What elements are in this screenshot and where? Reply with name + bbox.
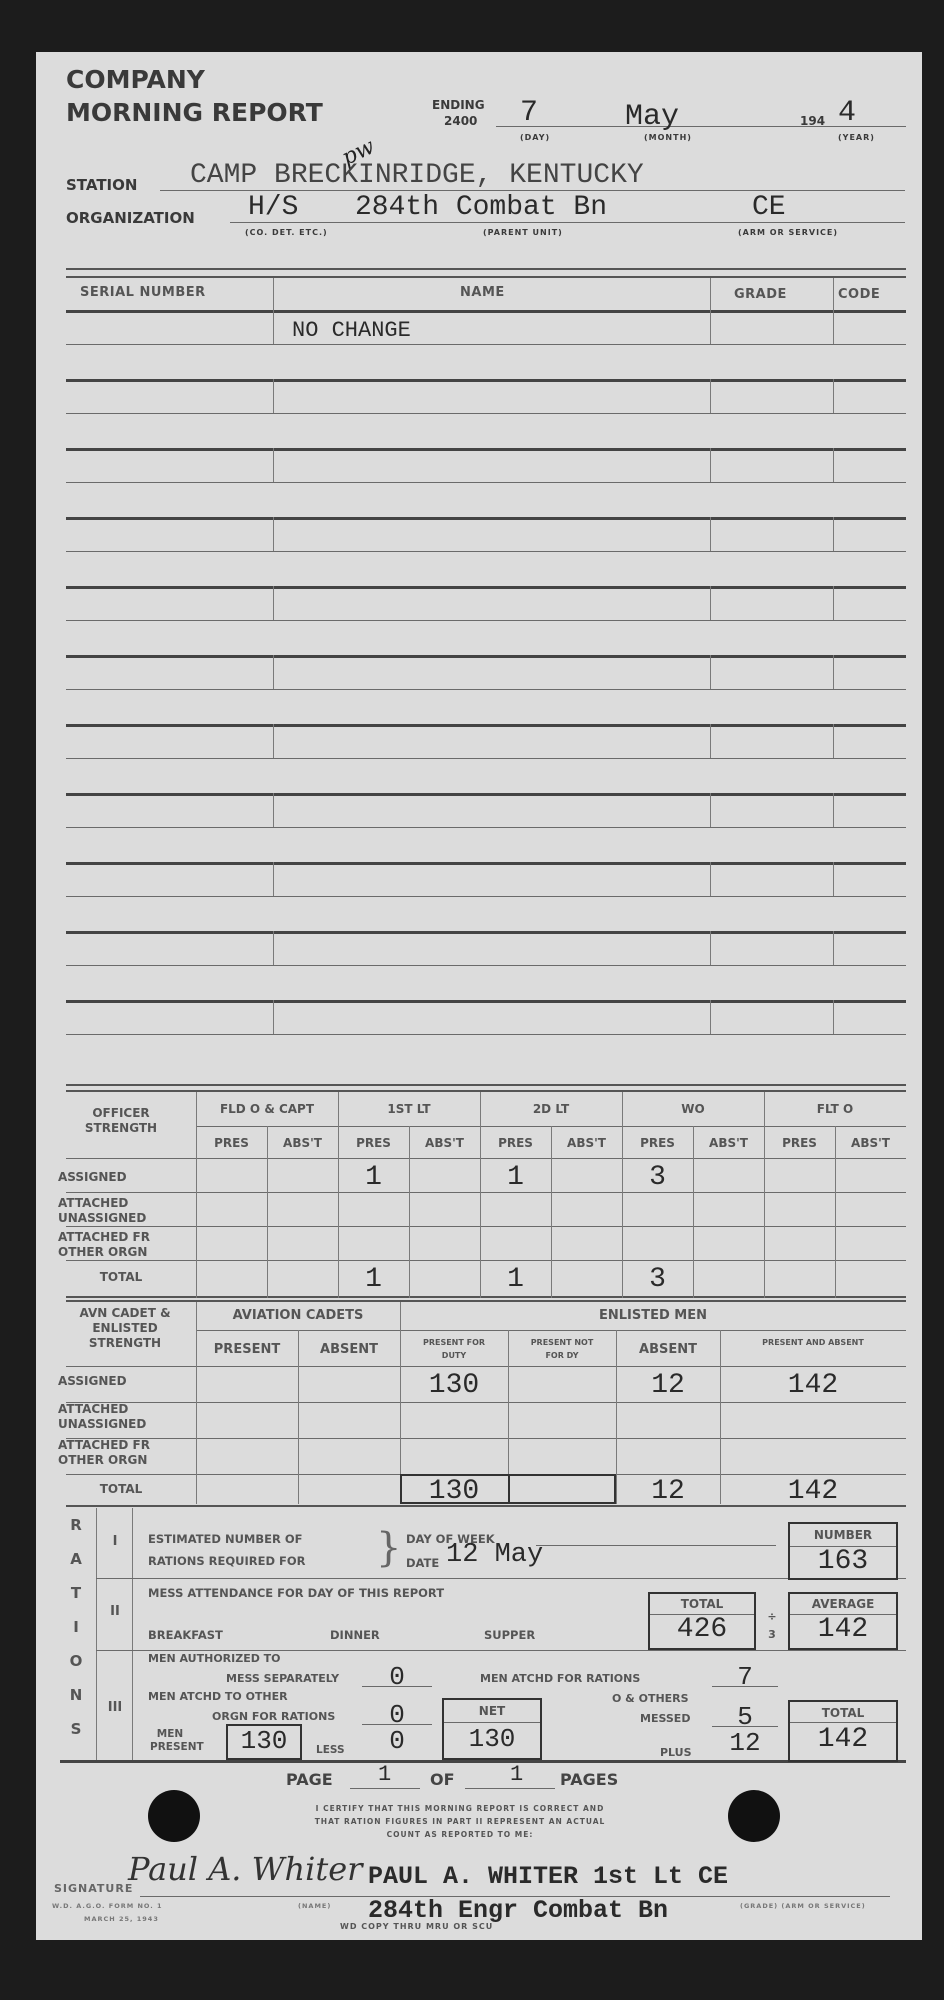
col-divider: [710, 655, 711, 689]
parent-unit-caption: (PARENT UNIT): [483, 228, 563, 237]
officer-row-label: ASSIGNED: [58, 1170, 168, 1185]
col-divider: [710, 586, 711, 620]
rations-required-label: RATIONS REQUIRED FOR: [148, 1554, 306, 1568]
rations-side-letter: A: [66, 1550, 86, 1568]
officer-group-header: 2D LT: [480, 1102, 622, 1116]
officer-row-label: ATTACHED FR OTHER ORGN: [58, 1230, 168, 1260]
organization-company: H/S: [248, 192, 298, 223]
page-number: 1: [378, 1762, 391, 1787]
col-divider: [273, 310, 274, 344]
col-divider: [710, 862, 711, 896]
col-divider: [833, 793, 834, 827]
year-prefix: 194: [800, 114, 825, 128]
rations-side-letter: T: [66, 1584, 86, 1602]
enlisted-col-header: ABSENT: [298, 1342, 400, 1358]
col-divider: [693, 1126, 694, 1298]
mess-total-value: 426: [648, 1614, 756, 1645]
roster-row-line: [66, 586, 906, 589]
rule: [60, 1760, 906, 1763]
atchd-other-label: ORGN FOR RATIONS: [212, 1710, 335, 1723]
officers-messed-label: O & OTHERS: [612, 1692, 689, 1705]
average-label: AVERAGE: [788, 1597, 898, 1611]
officer-group-header: WO: [622, 1102, 764, 1116]
enlisted-col-header: PRESENT: [196, 1342, 298, 1358]
col-divider: [273, 517, 274, 551]
rule: [350, 1788, 420, 1789]
enlisted-men-header: ENLISTED MEN: [400, 1308, 906, 1323]
enlisted-cell: 130: [400, 1370, 508, 1401]
col-divider: [833, 931, 834, 965]
col-divider: [710, 931, 711, 965]
officer-subcol-header: PRES: [622, 1136, 693, 1150]
rule: [66, 268, 906, 270]
form-date: MARCH 25, 1943: [84, 1915, 159, 1923]
col-divider: [833, 724, 834, 758]
mess-separately-label: MEN AUTHORIZED TO: [148, 1652, 281, 1665]
roster-row-line: [66, 655, 906, 658]
certify-line: COUNT AS REPORTED TO ME:: [260, 1828, 660, 1841]
atchd-for-rations-label: MEN ATCHD FOR RATIONS: [480, 1672, 640, 1685]
certify-line: I CERTIFY THAT THIS MORNING REPORT IS CO…: [260, 1802, 660, 1815]
col-divider: [710, 310, 711, 344]
enlisted-cell: 12: [616, 1476, 720, 1507]
col-serial-number: SERIAL NUMBER: [80, 285, 206, 300]
col-divider: [551, 1126, 552, 1298]
enlisted-col-header: PRESENT FOR DUTY: [400, 1336, 508, 1362]
col-divider: [764, 1092, 765, 1298]
roster-row-line: [66, 482, 906, 483]
rule: [96, 1578, 906, 1579]
col-divider: [196, 1092, 197, 1298]
name-caption: (NAME): [298, 1902, 331, 1910]
year-caption: (YEAR): [838, 133, 875, 142]
rations-side-letter: S: [66, 1720, 86, 1738]
enlisted-col-header: PRESENT NOT FOR DY: [508, 1336, 616, 1362]
plus-label: PLUS: [660, 1746, 692, 1759]
officer-strength-title: OFFICER STRENGTH: [66, 1106, 176, 1136]
enlisted-col-header: ABSENT: [616, 1342, 720, 1358]
atchd-for-rations-value: 7: [712, 1662, 778, 1692]
col-divider: [273, 724, 274, 758]
report-year-digit: 4: [838, 96, 856, 130]
officer-group-header: FLD O & CAPT: [196, 1102, 338, 1116]
rations-total-label: TOTAL: [788, 1706, 898, 1720]
organization-parent-unit: 284th Combat Bn: [355, 192, 607, 223]
rule: [66, 1226, 906, 1227]
rule: [66, 1402, 906, 1403]
mess-attendance-title: MESS ATTENDANCE FOR DAY OF THIS REPORT: [148, 1586, 444, 1600]
officer-subcol-header: PRES: [338, 1136, 409, 1150]
roster-row-line: [66, 689, 906, 690]
brace-icon: }: [376, 1526, 401, 1570]
rule: [465, 1788, 555, 1789]
enlisted-cell: 12: [616, 1370, 720, 1401]
officer-subcol-header: ABS'T: [409, 1136, 480, 1150]
col-divider: [710, 448, 711, 482]
part-ii-numeral: II: [100, 1604, 130, 1619]
day-of-week-field: [536, 1545, 776, 1546]
men-present-value: 130: [226, 1726, 302, 1756]
officer-subcol-header: ABS'T: [835, 1136, 906, 1150]
officer-cell: 1: [480, 1264, 551, 1295]
plus-value: 12: [712, 1728, 778, 1758]
number-label: NUMBER: [788, 1528, 898, 1542]
col-divider: [273, 862, 274, 896]
rule: [66, 1090, 906, 1092]
aviation-cadets-header: AVIATION CADETS: [196, 1308, 400, 1323]
roster-row-line: [66, 344, 906, 345]
enlisted-row-label: TOTAL: [66, 1482, 176, 1497]
roster-row-line: [66, 827, 906, 828]
roster-row-line: [66, 517, 906, 520]
roster-row-line: [66, 1000, 906, 1003]
atchd-other-label: MEN ATCHD TO OTHER: [148, 1690, 288, 1703]
dinner-label: DINNER: [330, 1628, 380, 1642]
officer-cell: 1: [338, 1162, 409, 1193]
date-label: DATE: [406, 1556, 439, 1570]
col-divider: [273, 278, 274, 310]
breakfast-label: BREAKFAST: [148, 1628, 223, 1642]
rule: [66, 1296, 906, 1298]
rations-required-label: ESTIMATED NUMBER OF: [148, 1532, 302, 1546]
signature-handwritten: Paul A. Whiter: [128, 1850, 362, 1888]
col-divider: [298, 1330, 299, 1504]
enlisted-row-label: ATTACHED FR OTHER ORGN: [58, 1438, 168, 1468]
enlisted-strength-title: AVN CADET & ENLISTED STRENGTH: [60, 1306, 190, 1351]
col-divider: [508, 1474, 510, 1504]
certify-line: THAT RATION FIGURES IN PART II REPRESENT…: [260, 1815, 660, 1828]
roster-row-line: [66, 1034, 906, 1035]
enlisted-cell: 142: [720, 1476, 906, 1507]
col-divider: [273, 931, 274, 965]
col-divider: [267, 1126, 268, 1298]
mess-average-value: 142: [788, 1614, 898, 1645]
form-title-company: COMPANY: [66, 66, 205, 94]
roster-row-line: [66, 931, 906, 934]
rule: [444, 1722, 540, 1723]
certification-text: I CERTIFY THAT THIS MORNING REPORT IS CO…: [260, 1802, 660, 1841]
col-divider: [833, 310, 834, 344]
col-divider: [835, 1126, 836, 1298]
officer-subcol-header: ABS'T: [551, 1136, 622, 1150]
organization-label: ORGANIZATION: [66, 209, 195, 227]
col-divider: [710, 379, 711, 413]
day-caption: (DAY): [520, 133, 550, 142]
ration-date-value: 12 May: [446, 1540, 543, 1570]
rule: [66, 1084, 906, 1086]
col-divider: [710, 793, 711, 827]
supper-label: SUPPER: [484, 1628, 535, 1642]
rule: [66, 1260, 906, 1261]
report-month: May: [625, 100, 679, 134]
roster-row-line: [66, 724, 906, 727]
rations-side-letter: O: [66, 1652, 86, 1670]
form-title-morning-report: MORNING REPORT: [66, 98, 323, 128]
col-name: NAME: [460, 285, 505, 300]
enlisted-col-header: PRESENT AND ABSENT: [720, 1336, 906, 1349]
signature-label: SIGNATURE: [54, 1882, 133, 1895]
of-label: OF: [430, 1770, 455, 1789]
mess-separately-value: 0: [362, 1662, 432, 1692]
report-day: 7: [520, 96, 538, 130]
men-present-label-line: PRESENT: [150, 1741, 190, 1754]
roster-row-line: [66, 448, 906, 451]
ending-label: ENDING: [432, 98, 485, 112]
part-i-numeral: I: [100, 1534, 130, 1549]
officer-group-header: 1ST LT: [338, 1102, 480, 1116]
rations-number-value: 163: [788, 1546, 898, 1577]
roster-row-line: [66, 758, 906, 759]
part-iii-numeral: III: [100, 1700, 130, 1715]
signer-unit-typed: 284th Engr Combat Bn: [368, 1896, 668, 1925]
ending-time: 2400: [444, 114, 477, 128]
organization-arm: CE: [752, 192, 786, 223]
officer-group-header: FLT O: [764, 1102, 906, 1116]
col-divider: [833, 448, 834, 482]
net-label: NET: [442, 1704, 542, 1718]
rations-side-letter: R: [66, 1516, 86, 1534]
officer-subcol-header: PRES: [764, 1136, 835, 1150]
roster-row-line: [66, 793, 906, 796]
col-divider: [833, 655, 834, 689]
officer-row-label: ATTACHED UNASSIGNED: [58, 1196, 168, 1226]
col-divider: [833, 1000, 834, 1034]
col-grade: GRADE: [734, 287, 787, 302]
punch-hole: [148, 1790, 200, 1842]
col-divider: [273, 586, 274, 620]
enlisted-cell: 142: [720, 1370, 906, 1401]
officer-cell: 3: [622, 1162, 693, 1193]
col-divider: [833, 586, 834, 620]
col-divider: [273, 379, 274, 413]
col-divider: [96, 1508, 97, 1760]
rule: [790, 1722, 896, 1723]
signer-name-typed: PAUL A. WHITER 1st Lt CE: [368, 1862, 728, 1891]
roster-row-line: [66, 965, 906, 966]
officer-cell: 1: [338, 1264, 409, 1295]
total-label: TOTAL: [648, 1597, 756, 1611]
less-value: 0: [362, 1726, 432, 1756]
rule: [66, 1438, 906, 1439]
officer-cell: 1: [480, 1162, 551, 1193]
col-divider: [833, 862, 834, 896]
col-divider: [833, 278, 834, 310]
company-caption: (CO. DET. ETC.): [245, 228, 328, 237]
less-label: LESS: [316, 1744, 345, 1756]
punch-hole: [728, 1790, 780, 1842]
officer-subcol-header: PRES: [196, 1136, 267, 1150]
roster-row-line: [66, 310, 906, 313]
roster-row-line: [66, 413, 906, 414]
roster-entry-name: NO CHANGE: [292, 318, 411, 343]
col-divider: [710, 517, 711, 551]
officer-subcol-header: ABS'T: [693, 1136, 764, 1150]
col-divider: [273, 448, 274, 482]
col-divider: [710, 278, 711, 310]
roster-row-line: [66, 896, 906, 897]
men-present-label-line: MEN: [150, 1728, 190, 1741]
enlisted-row-label: ASSIGNED: [58, 1374, 168, 1389]
grade-caption: (GRADE) (ARM OR SERVICE): [740, 1902, 866, 1910]
mess-separately-label: MESS SEPARATELY: [226, 1672, 339, 1685]
rations-side-letter: I: [66, 1618, 86, 1636]
col-divider: [409, 1126, 410, 1298]
officer-cell: 3: [622, 1264, 693, 1295]
roster-row-line: [66, 862, 906, 865]
roster-row-line: [66, 379, 906, 382]
roster-row-line: [66, 551, 906, 552]
men-present-label: MENPRESENT: [150, 1728, 190, 1754]
col-divider: [273, 1000, 274, 1034]
station-value: CAMP BRECKINRIDGE, KENTUCKY: [190, 160, 644, 191]
officer-subcol-header: ABS'T: [267, 1136, 338, 1150]
rule: [66, 1158, 906, 1159]
col-divider: [196, 1302, 197, 1504]
net-value: 130: [442, 1724, 542, 1754]
col-divider: [273, 793, 274, 827]
rule: [196, 1330, 906, 1331]
col-divider: [273, 655, 274, 689]
form-id: W.D. A.G.O. FORM NO. 1: [52, 1902, 163, 1910]
roster-row-line: [66, 620, 906, 621]
total-pages: 1: [510, 1762, 523, 1787]
col-divider: [132, 1508, 133, 1760]
officer-subcol-header: PRES: [480, 1136, 551, 1150]
month-caption: (MONTH): [644, 133, 692, 142]
arm-caption: (ARM OR SERVICE): [738, 228, 838, 237]
rule: [66, 1366, 906, 1367]
enlisted-row-label: ATTACHED UNASSIGNED: [58, 1402, 168, 1432]
officers-messed-label: MESSED: [640, 1712, 690, 1725]
officer-row-label: TOTAL: [66, 1270, 176, 1285]
col-divider: [710, 1000, 711, 1034]
page-label: PAGE: [286, 1770, 333, 1789]
rule: [66, 276, 906, 278]
pages-label: PAGES: [560, 1770, 618, 1789]
station-label: STATION: [66, 176, 137, 194]
col-divider: [710, 724, 711, 758]
divide-by-three: ÷ 3: [762, 1608, 782, 1644]
rations-total-value: 142: [788, 1724, 898, 1755]
rule: [96, 1650, 906, 1651]
col-divider: [833, 379, 834, 413]
col-code: CODE: [838, 287, 880, 302]
rations-side-letter: N: [66, 1686, 86, 1704]
col-divider: [833, 517, 834, 551]
rule: [66, 1300, 906, 1302]
